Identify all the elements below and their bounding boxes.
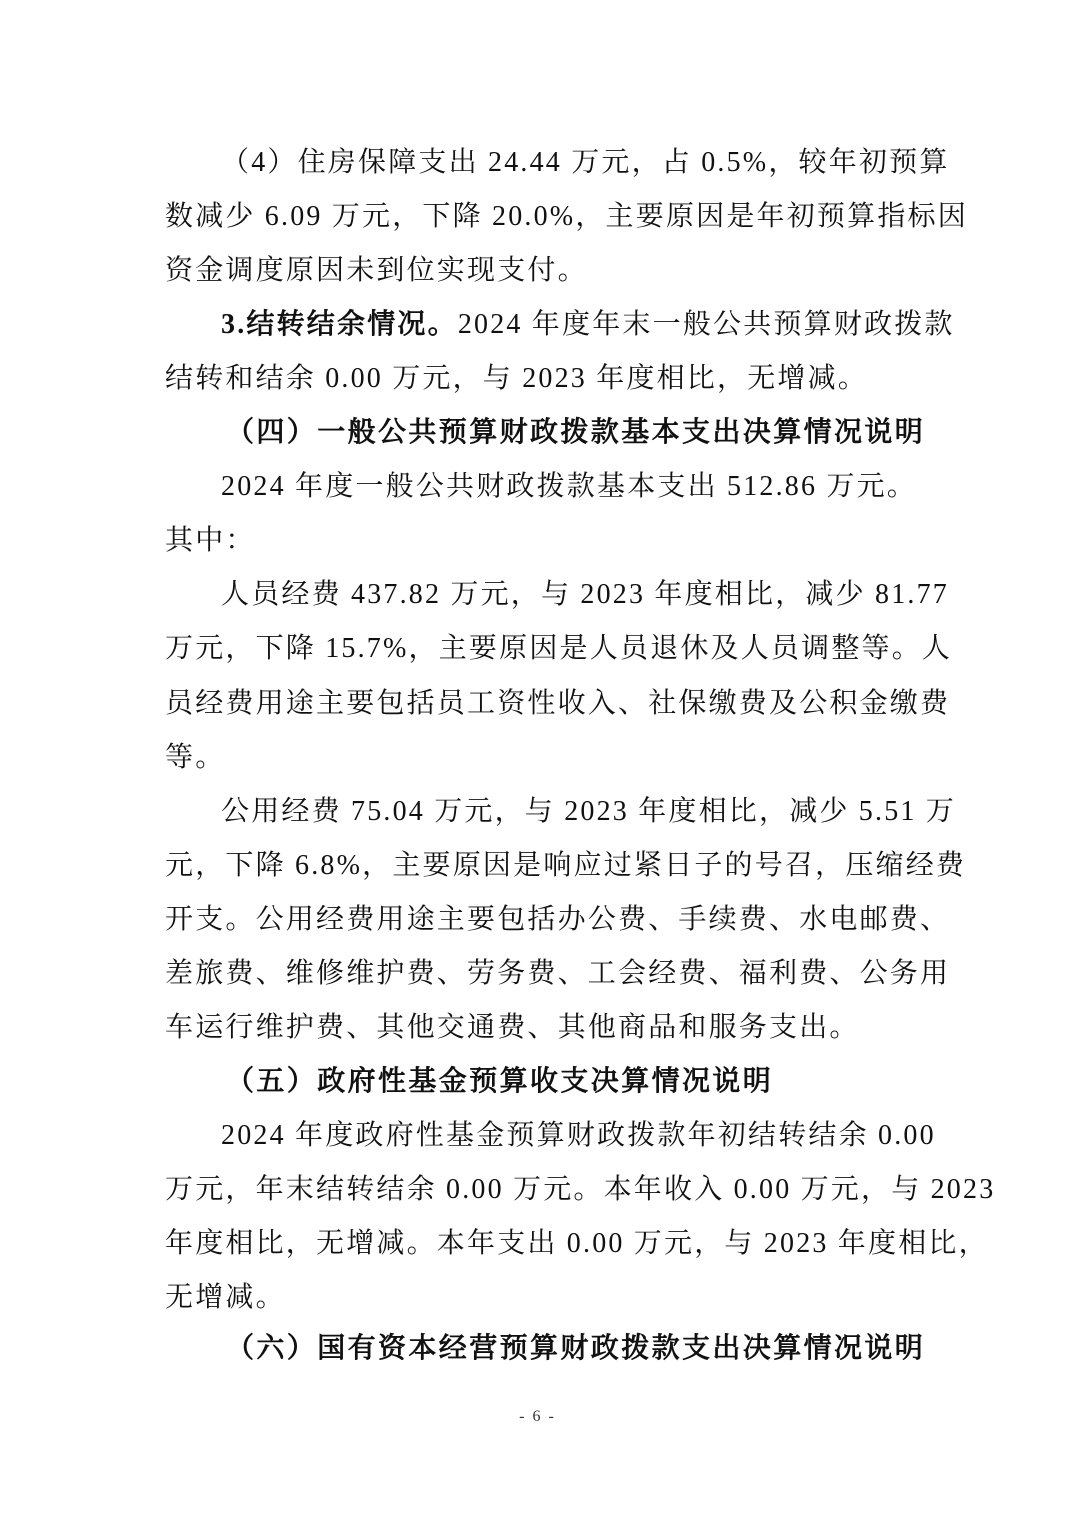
paragraph-line: 结转和结余 0.00 万元，与 2023 年度相比，无增减。 xyxy=(165,361,911,397)
paragraph-line: 3.结转结余情况。2024 年度年末一般公共预算财政拨款 xyxy=(221,307,911,343)
paragraph-line: 年度相比，无增减。本年支出 0.00 万元，与 2023 年度相比， xyxy=(165,1226,911,1262)
document-page: （4）住房保障支出 24.44 万元，占 0.5%，较年初预算 数减少 6.09… xyxy=(0,0,1075,1520)
section-heading: （六）国有资本经营预算财政拨款支出决算情况说明 xyxy=(226,1331,916,1367)
paragraph-line: 万元，下降 15.7%，主要原因是人员退休及人员调整等。人 xyxy=(165,631,911,667)
paragraph-line: 万元，年末结转结余 0.00 万元。本年收入 0.00 万元，与 2023 xyxy=(165,1172,911,1208)
paragraph-line: 公用经费 75.04 万元，与 2023 年度相比，减少 5.51 万 xyxy=(221,794,911,830)
paragraph-line: 无增减。 xyxy=(165,1280,911,1316)
paragraph-line: 资金调度原因未到位实现支付。 xyxy=(165,253,911,289)
paragraph-line: 人员经费 437.82 万元，与 2023 年度相比，减少 81.77 xyxy=(221,577,911,613)
paragraph-line: 开支。公用经费用途主要包括办公费、手续费、水电邮费、 xyxy=(165,902,911,938)
paragraph-line: 元，下降 6.8%，主要原因是响应过紧日子的号召，压缩经费 xyxy=(165,848,911,884)
section-lead: 3.结转结余情况。 xyxy=(221,309,458,340)
paragraph-line: 车运行维护费、其他交通费、其他商品和服务支出。 xyxy=(165,1010,911,1046)
section-heading: （四）一般公共预算财政拨款基本支出决算情况说明 xyxy=(226,415,916,451)
paragraph-line: 2024 年度一般公共财政拨款基本支出 512.86 万元。 xyxy=(221,469,911,505)
paragraph-line: （4）住房保障支出 24.44 万元，占 0.5%，较年初预算 xyxy=(221,145,911,181)
paragraph-line: 等。 xyxy=(165,740,911,776)
section-heading: （五）政府性基金预算收支决算情况说明 xyxy=(226,1064,916,1100)
paragraph-text: 2024 年度年末一般公共预算财政拨款 xyxy=(458,309,955,340)
paragraph-line: 数减少 6.09 万元，下降 20.0%，主要原因是年初预算指标因 xyxy=(165,199,911,235)
page-number: - 6 - xyxy=(0,1408,1075,1426)
paragraph-line: 员经费用途主要包括员工资性收入、社保缴费及公积金缴费 xyxy=(165,686,911,722)
paragraph-line: 2024 年度政府性基金预算财政拨款年初结转结余 0.00 xyxy=(221,1118,911,1154)
paragraph-line: 差旅费、维修维护费、劳务费、工会经费、福利费、公务用 xyxy=(165,956,911,992)
paragraph-line: 其中： xyxy=(165,523,911,559)
